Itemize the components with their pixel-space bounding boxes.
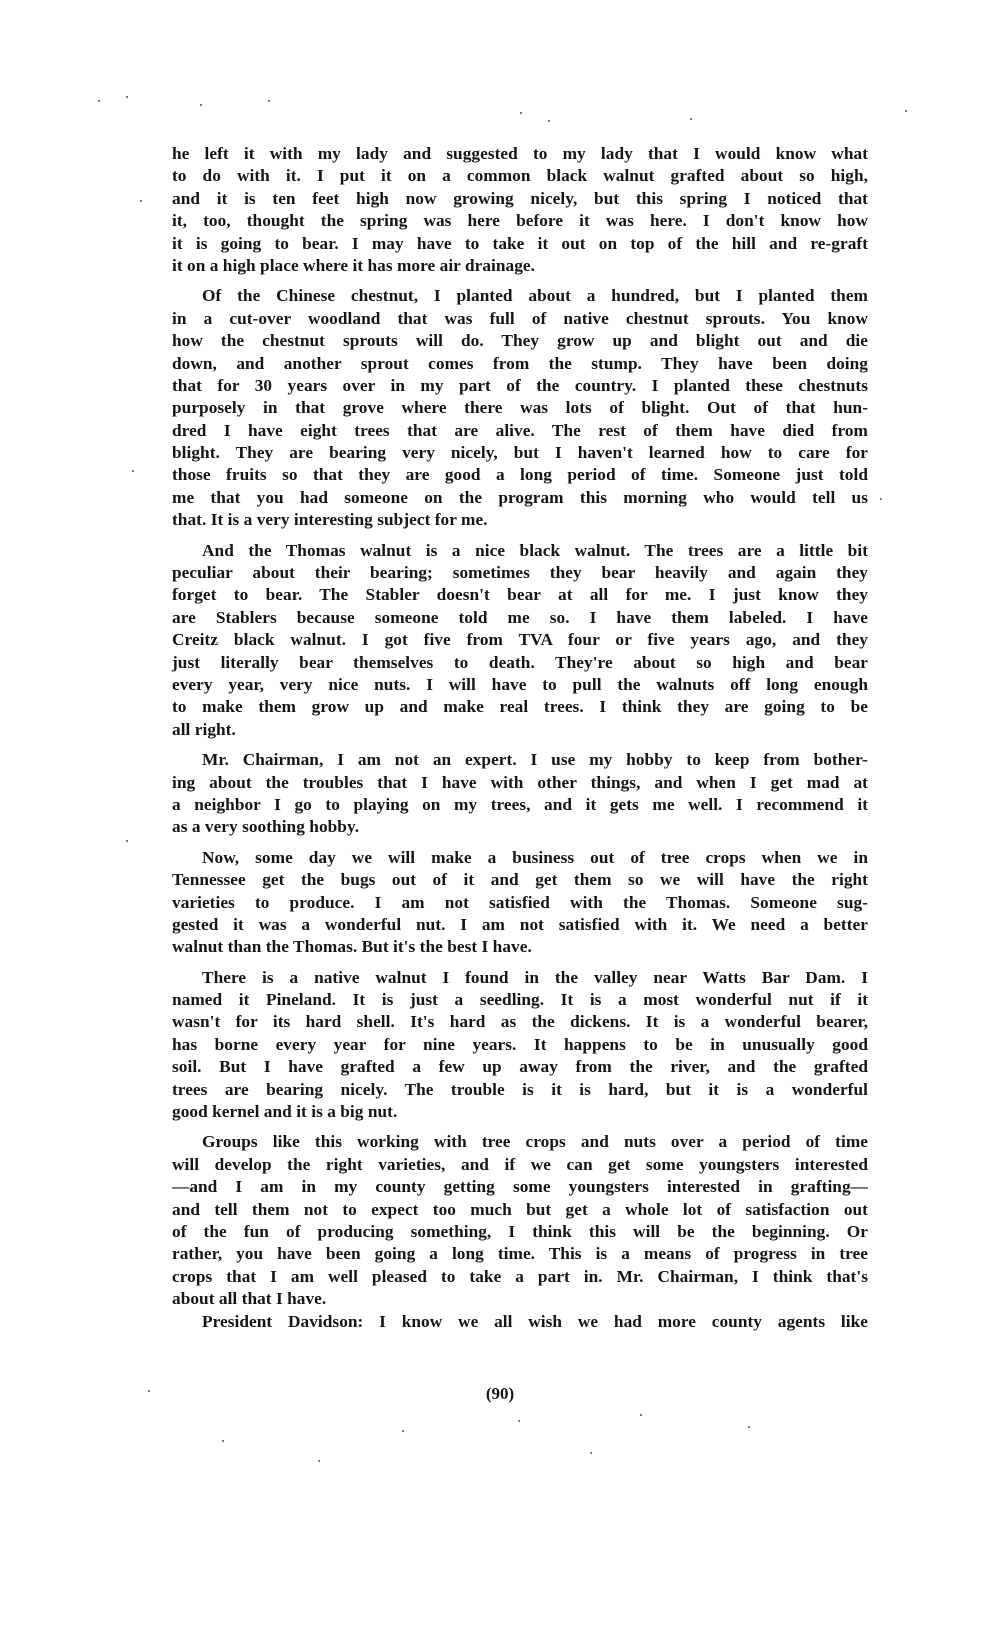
scan-speck — [268, 100, 270, 102]
text-line: are Stablers because someone told me so.… — [172, 607, 868, 629]
text-line: trees are bearing nicely. The trouble is… — [172, 1079, 868, 1101]
text-line: There is a native walnut I found in the … — [172, 967, 868, 989]
scan-speck — [748, 1426, 750, 1428]
text-line: blight. They are bearing very nicely, bu… — [172, 442, 868, 464]
text-line: varieties to produce. I am not satisfied… — [172, 892, 868, 914]
paragraph-hobby: Mr. Chairman, I am not an expert. I use … — [172, 749, 868, 839]
scan-speck — [222, 1440, 224, 1442]
text-line: and tell them not to expect too much but… — [172, 1199, 868, 1221]
scan-speck — [126, 96, 128, 98]
text-line: gested it was a wonderful nut. I am not … — [172, 914, 868, 936]
page-number: (90) — [0, 1384, 1000, 1404]
text-line: And the Thomas walnut is a nice black wa… — [172, 540, 868, 562]
scan-speck — [140, 200, 142, 202]
scan-speck — [548, 120, 550, 122]
text-line: down, and another sprout comes from the … — [172, 353, 868, 375]
text-line: of the fun of producing something, I thi… — [172, 1221, 868, 1243]
paragraph-president-davidson: President Davidson: I know we all wish w… — [172, 1311, 868, 1333]
text-line: to do with it. I put it on a common blac… — [172, 165, 868, 187]
scan-speck — [98, 100, 100, 102]
text-line: rather, you have been going a long time.… — [172, 1243, 868, 1265]
text-line: in a cut-over woodland that was full of … — [172, 308, 868, 330]
text-line: crops that I am well pleased to take a p… — [172, 1266, 868, 1288]
text-line: has borne every year for nine years. It … — [172, 1034, 868, 1056]
text-line: good kernel and it is a big nut. — [172, 1101, 868, 1123]
text-line: he left it with my lady and suggested to… — [172, 143, 868, 165]
scan-speck — [690, 118, 692, 120]
scan-speck — [148, 1390, 150, 1392]
paragraph-pineland-walnut: There is a native walnut I found in the … — [172, 967, 868, 1124]
text-line: peculiar about their bearing; sometimes … — [172, 562, 868, 584]
scan-speck — [318, 1460, 320, 1462]
text-line: it on a high place where it has more air… — [172, 255, 868, 277]
text-line: —and I am in my county getting some youn… — [172, 1176, 868, 1198]
text-line: me that you had someone on the program t… — [172, 487, 868, 509]
paragraph-1: he left it with my lady and suggested to… — [172, 143, 868, 277]
text-line: just literally bear themselves to death.… — [172, 652, 868, 674]
text-line: it, too, thought the spring was here bef… — [172, 210, 868, 232]
text-line: Mr. Chairman, I am not an expert. I use … — [172, 749, 868, 771]
text-line: a neighbor I go to playing on my trees, … — [172, 794, 868, 816]
text-line: that for 30 years over in my part of the… — [172, 375, 868, 397]
scan-speck — [518, 1420, 520, 1422]
text-line: how the chestnut sprouts will do. They g… — [172, 330, 868, 352]
text-line: those fruits so that they are good a lon… — [172, 464, 868, 486]
text-line: as a very soothing hobby. — [172, 816, 868, 838]
text-line: about all that I have. — [172, 1288, 868, 1310]
text-line: Creitz black walnut. I got five from TVA… — [172, 629, 868, 651]
scan-speck — [132, 470, 134, 472]
text-line: wasn't for its hard shell. It's hard as … — [172, 1011, 868, 1033]
text-line: forget to bear. The Stabler doesn't bear… — [172, 584, 868, 606]
scan-speck — [590, 1452, 592, 1454]
scan-speck — [640, 1414, 642, 1416]
text-line: Groups like this working with tree crops… — [172, 1131, 868, 1153]
text-line: named it Pineland. It is just a seedling… — [172, 989, 868, 1011]
scan-speck — [905, 110, 907, 112]
paragraph-tree-crops-business: Now, some day we will make a business ou… — [172, 847, 868, 959]
scan-speck — [402, 1430, 404, 1432]
text-line: walnut than the Thomas. But it's the bes… — [172, 936, 868, 958]
text-line: will develop the right varieties, and if… — [172, 1154, 868, 1176]
text-line: President Davidson: I know we all wish w… — [172, 1311, 868, 1333]
text-line: all right. — [172, 719, 868, 741]
scan-speck — [880, 498, 882, 500]
text-line: and it is ten feet high now growing nice… — [172, 188, 868, 210]
text-line: ing about the troubles that I have with … — [172, 772, 868, 794]
text-line: Now, some day we will make a business ou… — [172, 847, 868, 869]
text-line: every year, very nice nuts. I will have … — [172, 674, 868, 696]
body-text: he left it with my lady and suggested to… — [172, 143, 868, 1333]
text-line: it is going to bear. I may have to take … — [172, 233, 868, 255]
text-line: soil. But I have grafted a few up away f… — [172, 1056, 868, 1078]
paragraph-chinese-chestnut: Of the Chinese chestnut, I planted about… — [172, 285, 868, 531]
paragraph-thomas-walnut: And the Thomas walnut is a nice black wa… — [172, 540, 868, 742]
text-line: to make them grow up and make real trees… — [172, 696, 868, 718]
text-line: Of the Chinese chestnut, I planted about… — [172, 285, 868, 307]
scan-speck — [520, 112, 522, 114]
scan-speck — [126, 840, 128, 842]
text-line: purposely in that grove where there was … — [172, 397, 868, 419]
scanned-page: he left it with my lady and suggested to… — [0, 0, 1000, 1627]
paragraph-groups: Groups like this working with tree crops… — [172, 1131, 868, 1310]
text-line: that. It is a very interesting subject f… — [172, 509, 868, 531]
text-line: Tennessee get the bugs out of it and get… — [172, 869, 868, 891]
text-line: dred I have eight trees that are alive. … — [172, 420, 868, 442]
scan-speck — [200, 104, 202, 106]
